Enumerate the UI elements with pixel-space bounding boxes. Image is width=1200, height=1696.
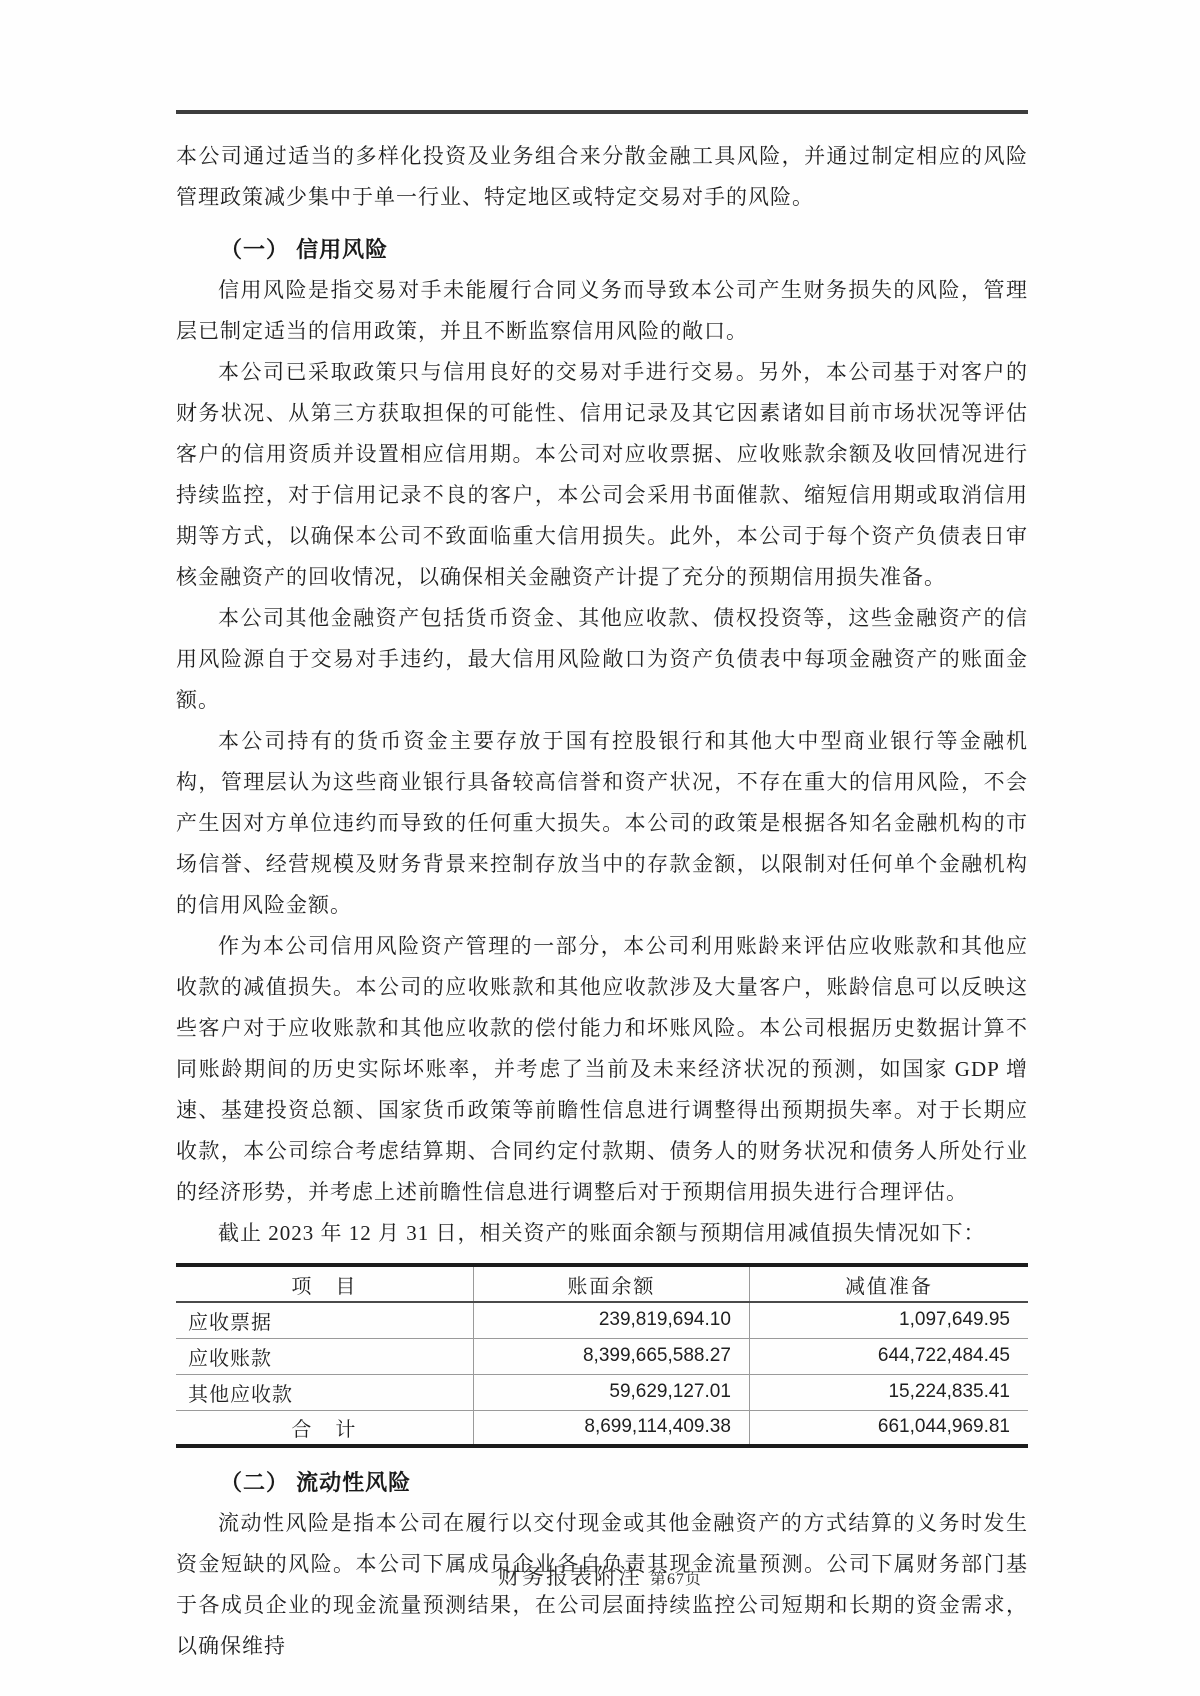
footer-page-number: 第67页 xyxy=(650,1571,702,1588)
balance-cell: 59,629,127.01 xyxy=(473,1374,749,1410)
header-cell-balance: 账面余额 xyxy=(473,1265,749,1302)
item-cell: 应收账款 xyxy=(176,1338,473,1374)
total-label-cell: 合 计 xyxy=(176,1410,473,1446)
page-footer: 财务报表附注第67页 xyxy=(0,1560,1200,1591)
table-intro-line: 截止 2023 年 12 月 31 日，相关资产的账面余额与预期信用减值损失情况… xyxy=(176,1213,1028,1254)
total-provision-cell: 661,044,969.81 xyxy=(749,1410,1028,1446)
section-heading-credit-risk: （一） 信用风险 xyxy=(176,229,1028,270)
section-heading-liquidity-risk: （二） 流动性风险 xyxy=(176,1462,1028,1503)
table-total-row: 合 计 8,699,114,409.38 661,044,969.81 xyxy=(176,1410,1028,1446)
header-cell-item: 项 目 xyxy=(176,1265,473,1302)
table-row: 其他应收款 59,629,127.01 15,224,835.41 xyxy=(176,1374,1028,1410)
balance-cell: 239,819,694.10 xyxy=(473,1302,749,1338)
provision-cell: 1,097,649.95 xyxy=(749,1302,1028,1338)
table-row: 应收账款 8,399,665,588.27 644,722,484.45 xyxy=(176,1338,1028,1374)
total-balance-cell: 8,699,114,409.38 xyxy=(473,1410,749,1446)
provision-cell: 15,224,835.41 xyxy=(749,1374,1028,1410)
credit-paragraph-2: 本公司已采取政策只与信用良好的交易对手进行交易。另外，本公司基于对客户的财务状况… xyxy=(176,352,1028,598)
document-page: 本公司通过适当的多样化投资及业务组合来分散金融工具风险，并通过制定相应的风险管理… xyxy=(0,0,1200,1696)
item-cell: 其他应收款 xyxy=(176,1374,473,1410)
credit-paragraph-3: 本公司其他金融资产包括货币资金、其他应收款、债权投资等，这些金融资产的信用风险源… xyxy=(176,598,1028,721)
header-rule xyxy=(176,110,1028,114)
credit-paragraph-5: 作为本公司信用风险资产管理的一部分，本公司利用账龄来评估应收账款和其他应收款的减… xyxy=(176,926,1028,1213)
table-header-row: 项 目 账面余额 减值准备 xyxy=(176,1265,1028,1302)
impairment-table: 项 目 账面余额 减值准备 应收票据 239,819,694.10 1,097,… xyxy=(176,1263,1028,1448)
table-row: 应收票据 239,819,694.10 1,097,649.95 xyxy=(176,1302,1028,1338)
header-cell-provision: 减值准备 xyxy=(749,1265,1028,1302)
provision-cell: 644,722,484.45 xyxy=(749,1338,1028,1374)
intro-paragraph: 本公司通过适当的多样化投资及业务组合来分散金融工具风险，并通过制定相应的风险管理… xyxy=(176,136,1028,218)
balance-cell: 8,399,665,588.27 xyxy=(473,1338,749,1374)
credit-paragraph-4: 本公司持有的货币资金主要存放于国有控股银行和其他大中型商业银行等金融机构，管理层… xyxy=(176,721,1028,926)
page-content: 本公司通过适当的多样化投资及业务组合来分散金融工具风险，并通过制定相应的风险管理… xyxy=(176,0,1028,1667)
footer-title: 财务报表附注 xyxy=(498,1564,642,1589)
credit-paragraph-1: 信用风险是指交易对手未能履行合同义务而导致本公司产生财务损失的风险，管理层已制定… xyxy=(176,270,1028,352)
item-cell: 应收票据 xyxy=(176,1302,473,1338)
